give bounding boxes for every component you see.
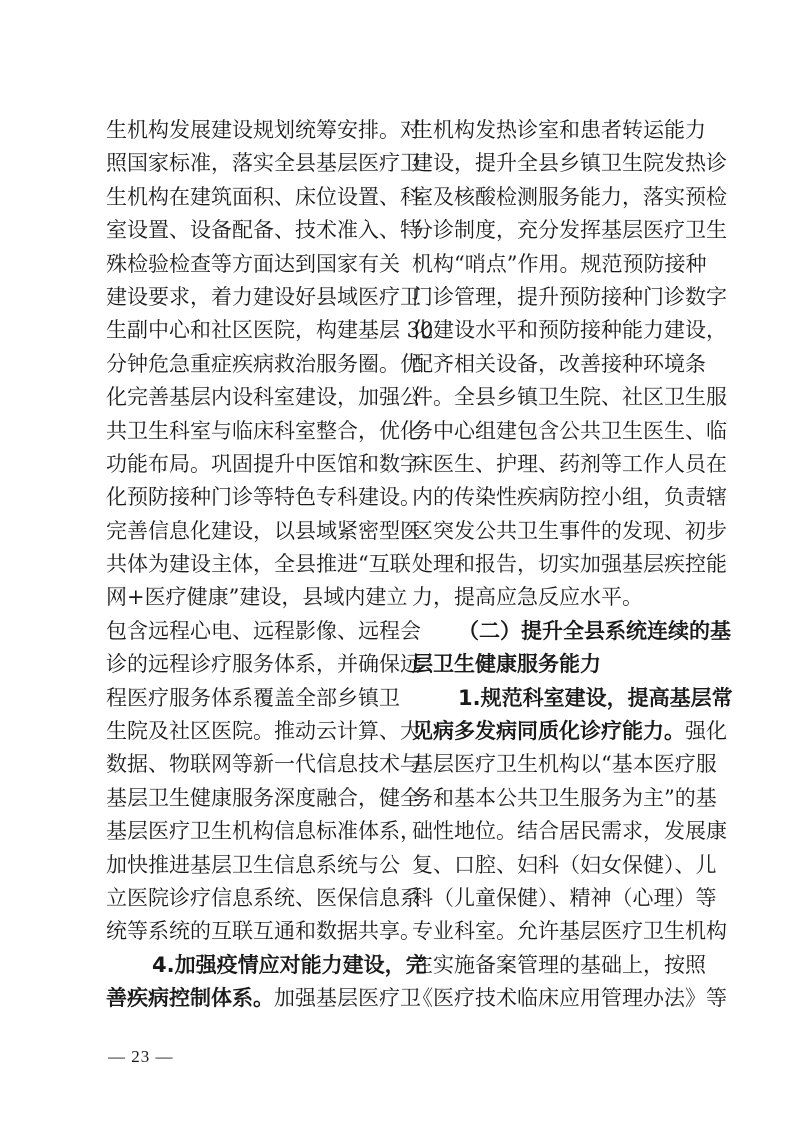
body-line: 床医生、护理、药剂等工作人员在	[412, 448, 692, 481]
body-line: 基层卫生健康服务深度融合，健全	[106, 782, 386, 815]
body-line: 《医疗技术临床应用管理办法》等	[412, 982, 692, 1015]
paragraph-end-line: 力，提高应急反应水平。	[412, 581, 692, 614]
body-line: 生机构发展建设规划统筹安排。对	[106, 114, 386, 147]
body-line: 室设置、设备配备、技术准入、特	[106, 214, 386, 247]
body-line: 专业科室。允许基层医疗卫生机构	[412, 915, 692, 948]
document-page: 生机构发展建设规划统筹安排。对 照国家标准，落实全县基层医疗卫 生机构在建筑面积…	[0, 0, 793, 1122]
body-line: 在实施备案管理的基础上，按照	[412, 949, 692, 982]
body-line: 科（儿童保健）、精神（心理）等	[412, 882, 692, 915]
body-line: 生机构发热诊室和患者转运能力	[412, 114, 692, 147]
body-line: 件。全县乡镇卫生院、社区卫生服	[412, 381, 692, 414]
body-line: 生副中心和社区医院，构建基层 30	[106, 314, 386, 347]
body-line: 网+医疗健康”建设，县域内建立	[106, 581, 386, 614]
body-line: 内的传染性疾病防控小组，负责辖	[412, 481, 692, 514]
section-4-body-start: 加强基层医疗卫	[274, 986, 421, 1010]
body-line: 化预防接种门诊等特色专科建设。	[106, 481, 386, 514]
right-column: 生机构发热诊室和患者转运能力 建设，提升全县乡镇卫生院发热诊 室及核酸检测服务能…	[412, 114, 692, 1016]
body-line: 门诊管理，提升预防接种门诊数字	[412, 281, 692, 314]
body-line: 统等系统的互联互通和数据共享。	[106, 915, 386, 948]
body-line: 分钟危急重症疾病救治服务圈。优	[106, 348, 386, 381]
subsection-1-heading: 1.规范科室建设，提高基层常	[412, 682, 692, 715]
section-2-heading: （二）提升全县系统连续的基	[412, 615, 692, 648]
body-line: 共体为建设主体，全县推进“互联	[106, 548, 386, 581]
body-line: 务中心组建包含公共卫生医生、临	[412, 415, 692, 448]
section-4-heading-bold: 善疾病控制体系。	[106, 986, 274, 1010]
section-2-heading-continuation: 层卫生健康服务能力	[412, 648, 692, 681]
body-line: 生院及社区医院。推动云计算、大	[106, 715, 386, 748]
body-line: 分诊制度，充分发挥基层医疗卫生	[412, 214, 692, 247]
section-4-heading: 4.加强疫情应对能力建设，完	[106, 949, 386, 982]
body-line: 基层医疗卫生机构信息标准体系，	[106, 815, 386, 848]
body-line: 区突发公共卫生事件的发现、初步	[412, 515, 692, 548]
body-line: 建设，提升全县乡镇卫生院发热诊	[412, 147, 692, 180]
body-line: 诊的远程诊疗服务体系，并确保远	[106, 648, 386, 681]
body-line: 础性地位。结合居民需求，发展康	[412, 815, 692, 848]
body-line: 室及核酸检测服务能力，落实预检	[412, 181, 692, 214]
left-column: 生机构发展建设规划统筹安排。对 照国家标准，落实全县基层医疗卫 生机构在建筑面积…	[106, 114, 386, 1016]
body-line: 务和基本公共卫生服务为主”的基	[412, 782, 692, 815]
body-line: 包含远程心电、远程影像、远程会	[106, 615, 386, 648]
page-number: — 23 —	[108, 1047, 174, 1067]
body-line: 建设要求，着力建设好县域医疗卫	[106, 281, 386, 314]
body-line: 殊检验检查等方面达到国家有关	[106, 248, 386, 281]
body-line: 基层医疗卫生机构以“基本医疗服	[412, 748, 692, 781]
subsection-1-body-start: 强化	[685, 719, 727, 743]
body-line: 完善信息化建设，以县域紧密型医	[106, 515, 386, 548]
body-line: 加快推进基层卫生信息系统与公	[106, 849, 386, 882]
body-line: 数据、物联网等新一代信息技术与	[106, 748, 386, 781]
body-line: 化建设水平和预防接种能力建设，	[412, 314, 692, 347]
subsection-1-heading-bold: 见病多发病同质化诊疗能力。	[412, 719, 685, 743]
body-line: 立医院诊疗信息系统、医保信息系	[106, 882, 386, 915]
body-line: 机构“哨点”作用。规范预防接种	[412, 248, 692, 281]
section-4-heading-continuation: 善疾病控制体系。加强基层医疗卫	[106, 982, 386, 1015]
body-line: 生机构在建筑面积、床位设置、科	[106, 181, 386, 214]
body-line: 复、口腔、妇科（妇女保健）、儿	[412, 849, 692, 882]
subsection-1-heading-continuation: 见病多发病同质化诊疗能力。强化	[412, 715, 692, 748]
body-line: 处理和报告，切实加强基层疾控能	[412, 548, 692, 581]
body-line: 照国家标准，落实全县基层医疗卫	[106, 147, 386, 180]
body-line: 化完善基层内设科室建设，加强公	[106, 381, 386, 414]
body-line: 共卫生科室与临床科室整合，优化	[106, 415, 386, 448]
body-line: 配齐相关设备，改善接种环境条	[412, 348, 692, 381]
body-line: 程医疗服务体系覆盖全部乡镇卫	[106, 682, 386, 715]
body-line: 功能布局。巩固提升中医馆和数字	[106, 448, 386, 481]
